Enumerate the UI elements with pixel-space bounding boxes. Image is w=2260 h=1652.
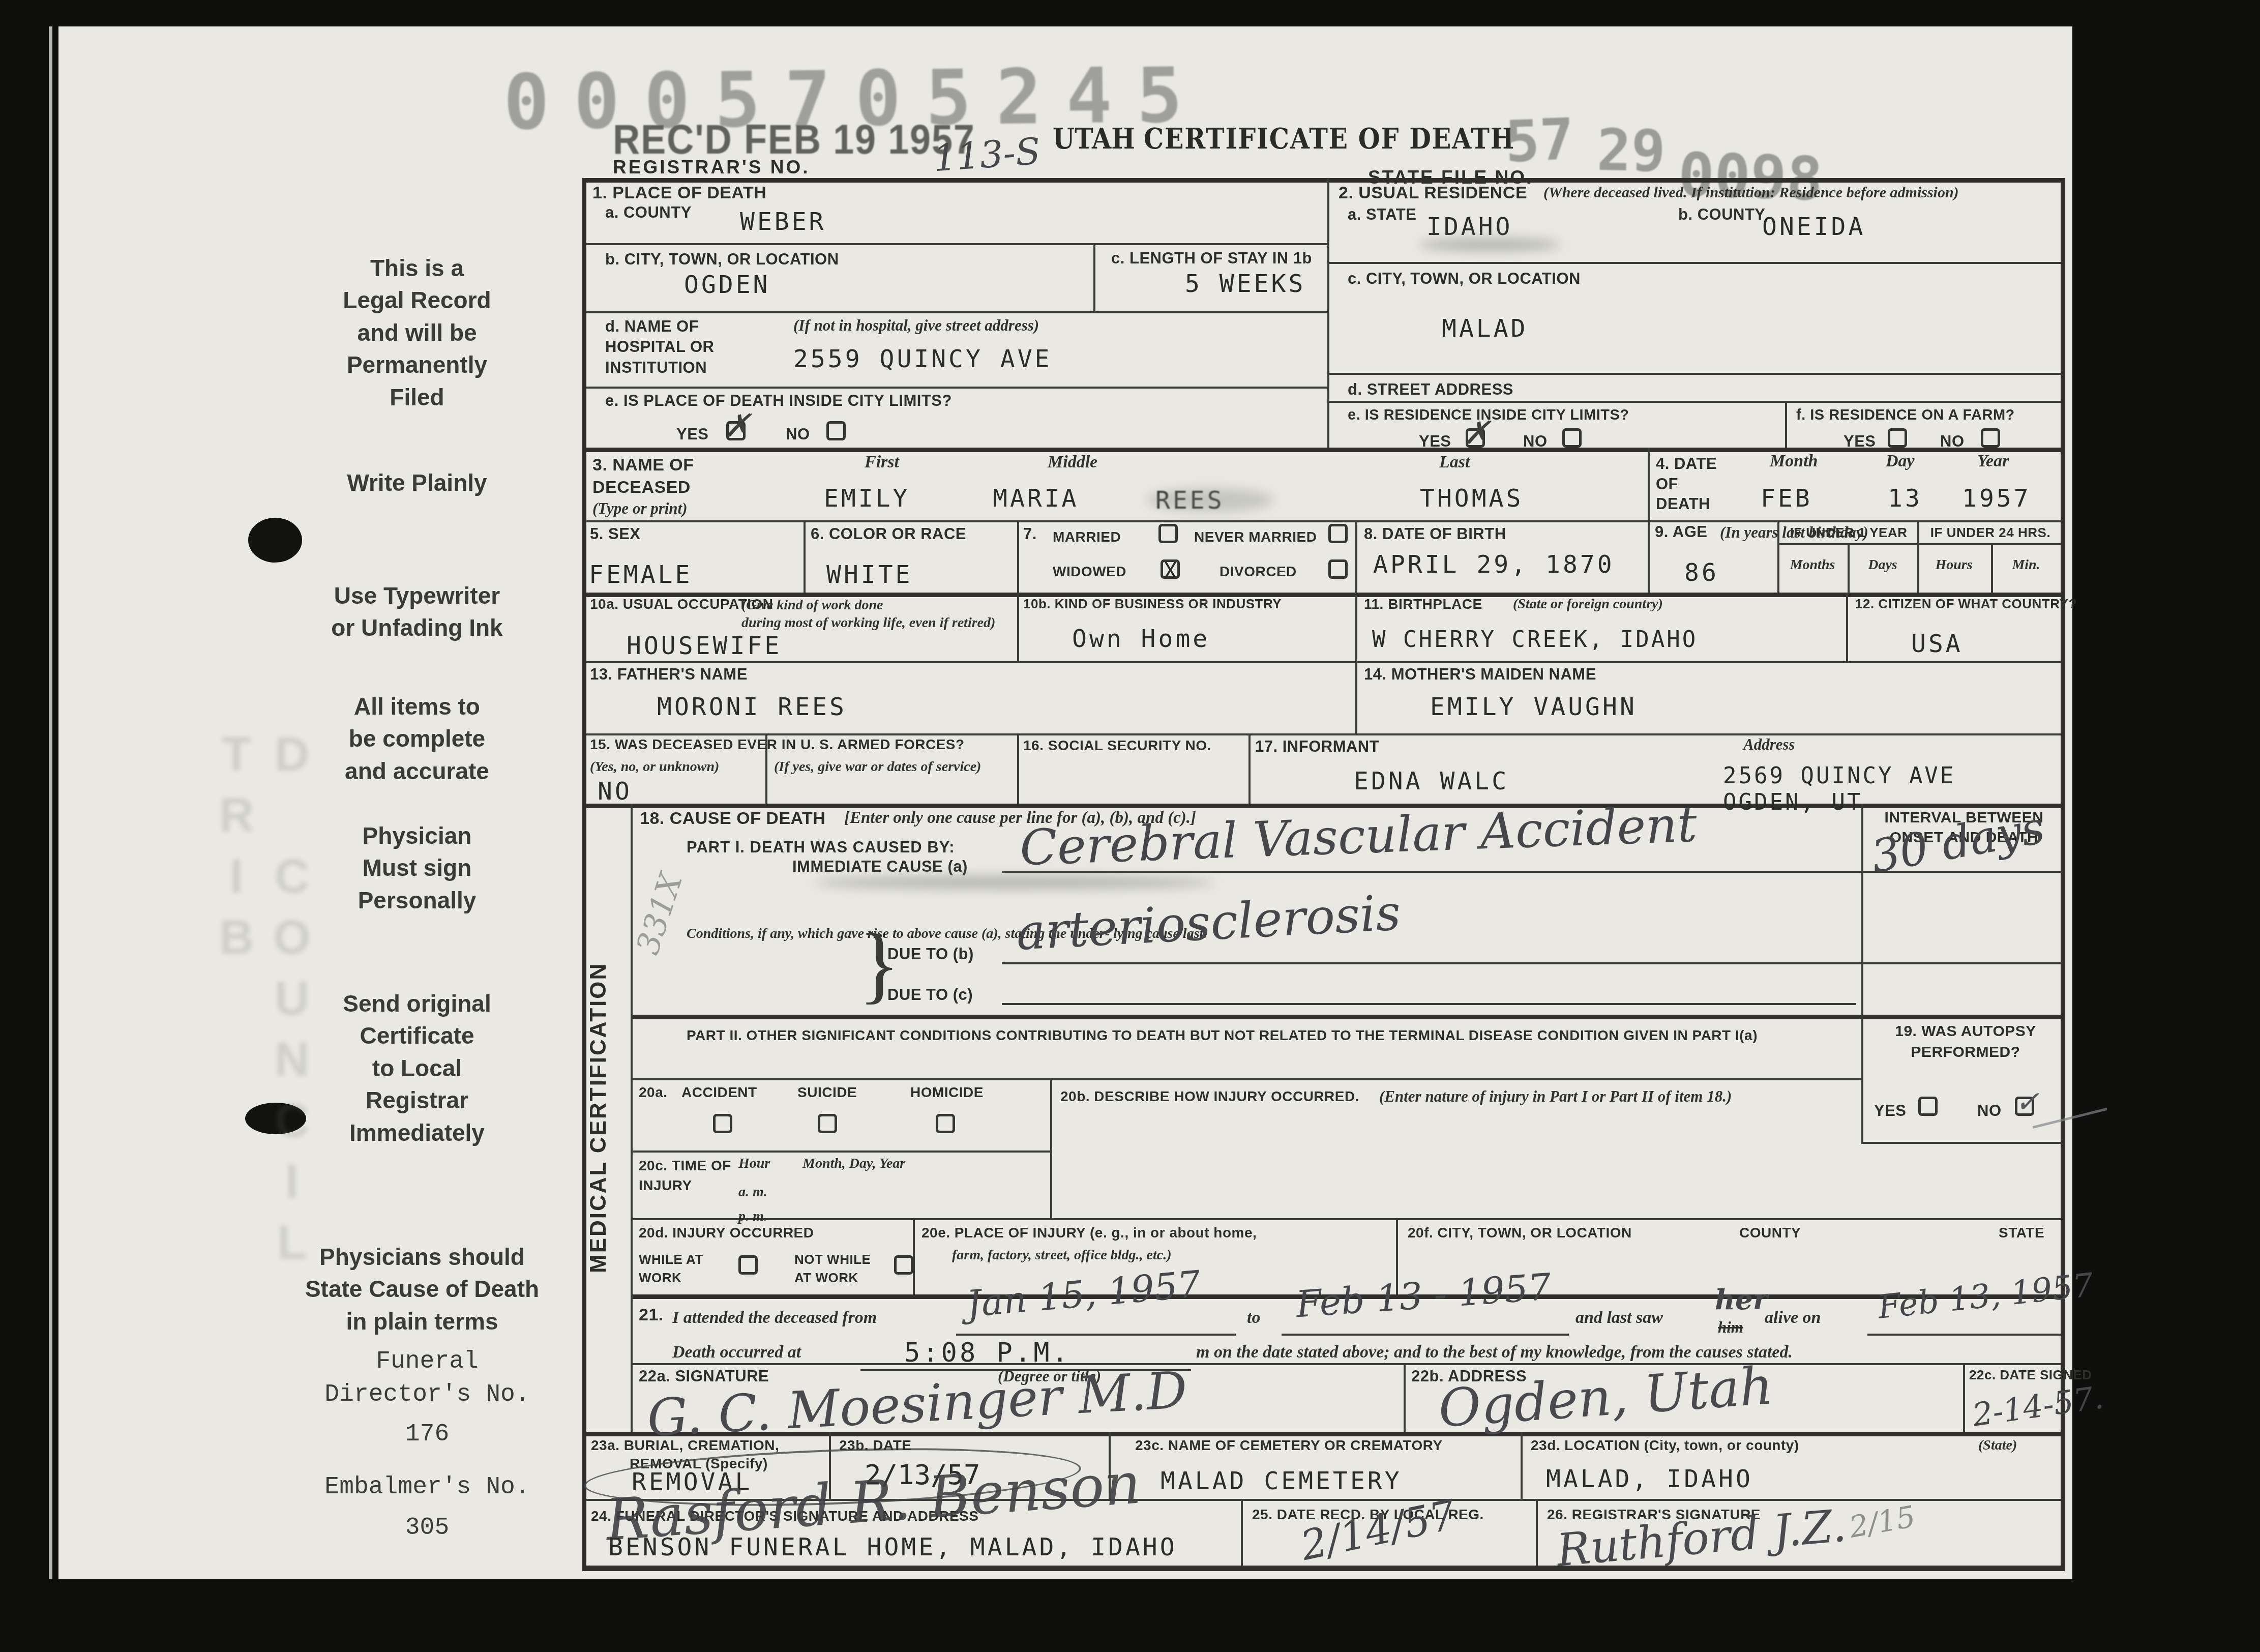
s4-month-header: Month xyxy=(1770,452,1818,471)
s23d-label: 23d. LOCATION (City, town, or county) xyxy=(1531,1437,1799,1454)
s17-address2: OGDEN, UT xyxy=(1723,789,1862,815)
s20f-label: 20f. CITY, TOWN, OR LOCATION xyxy=(1408,1225,1632,1241)
s9-hours-header: Hours xyxy=(1918,557,1989,573)
pencil-underline-smudge xyxy=(1419,238,1561,251)
s2f-label: f. IS RESIDENCE ON A FARM? xyxy=(1796,407,2015,424)
s22c-label: 22c. DATE SIGNED xyxy=(1969,1367,2092,1383)
grid-line xyxy=(582,661,2064,663)
margin-note-legal-record: This is a Legal Record and will be Perma… xyxy=(285,252,549,414)
s13-label: 13. FATHER'S NAME xyxy=(590,665,748,684)
s6-label: 6. COLOR OR RACE xyxy=(811,525,966,543)
embalmer-no-value: 305 xyxy=(285,1512,570,1545)
registrar-no-value: 113-S xyxy=(932,130,1042,180)
s1c-label: c. LENGTH OF STAY IN 1b xyxy=(1111,249,1312,268)
s18-due-b-label: DUE TO (b) xyxy=(887,945,974,963)
s17-address1: 2569 QUINCY AVE xyxy=(1723,763,1955,789)
grid-line xyxy=(1050,1078,1052,1218)
grid-line xyxy=(1521,1432,1523,1499)
s23a-label1: 23a. BURIAL, CREMATION, xyxy=(591,1437,779,1454)
s2c-label: c. CITY, TOWN, OR LOCATION xyxy=(1348,270,1581,288)
s18-label: 18. CAUSE OF DEATH xyxy=(640,809,825,829)
death-certificate-scan: D COUNCIL TRIB 0005705245 REC'D FEB 19 1… xyxy=(0,0,2260,1652)
state-file-stamp-57: 57 xyxy=(1504,107,1575,175)
s7-divorced-checkbox xyxy=(1328,559,1348,579)
funeral-director-no-value: 176 xyxy=(285,1418,570,1451)
s23d-state-header: (State) xyxy=(1978,1437,2017,1454)
grid-line xyxy=(582,448,2064,452)
s2e-no-checkbox xyxy=(1562,428,1582,448)
grid-line xyxy=(1963,1363,1965,1432)
s3-last-value: THOMAS xyxy=(1420,484,1523,513)
grid-line xyxy=(1241,1499,1243,1566)
form-title-state: UTAH xyxy=(1053,122,1144,156)
s5-label: 5. SEX xyxy=(590,525,641,543)
s2f-yes-checkbox xyxy=(1888,428,1907,448)
s21-him-struck: him xyxy=(1718,1318,1743,1337)
s2-title-paren: (Where deceased lived. If institution: R… xyxy=(1543,184,1959,201)
grid-line xyxy=(631,1150,1050,1153)
grid-line xyxy=(1404,1363,1406,1432)
s14-label: 14. MOTHER'S MAIDEN NAME xyxy=(1364,665,1596,684)
s4-year-header: Year xyxy=(1977,452,2009,471)
s9-under24-label: IF UNDER 24 HRS. xyxy=(1920,525,2061,541)
margin-note-use-typewriter: Use Typewriter or Unfading Ink xyxy=(285,580,549,644)
s18-part1-label: PART I. DEATH WAS CAUSED BY: xyxy=(687,838,955,857)
s10a-value: HOUSEWIFE xyxy=(627,632,782,660)
grid-line xyxy=(1327,373,2064,375)
form-title-rest: CERTIFICATE OF DEATH xyxy=(1144,122,1515,156)
grid-line xyxy=(804,520,806,593)
s9-months-header: Months xyxy=(1778,557,1847,573)
s7-married-label: MARRIED xyxy=(1053,529,1121,545)
s18-due-c-label: DUE TO (c) xyxy=(887,986,973,1004)
s7-divorced-label: DIVORCED xyxy=(1220,564,1297,580)
s1d-paren: (If not in hospital, give street address… xyxy=(793,316,1039,335)
s20b-label: 20b. DESCRIBE HOW INJURY OCCURRED. xyxy=(1060,1088,1359,1105)
s2e-yes-label: YES xyxy=(1419,432,1451,451)
s1e-yes-label: YES xyxy=(676,425,709,444)
s7-never-married-label: NEVER MARRIED xyxy=(1194,529,1317,545)
s20c-label: 20c. TIME OF INJURY xyxy=(639,1156,731,1195)
s9-value: 86 xyxy=(1684,558,1719,587)
s17-address-header: Address xyxy=(1743,735,1795,754)
s21-text3: and last saw xyxy=(1575,1308,1663,1327)
s21-text4: alive on xyxy=(1765,1308,1821,1327)
smudge-over-rees xyxy=(1147,488,1274,512)
grid-line xyxy=(1017,733,1019,804)
s6-value: WHITE xyxy=(826,560,913,589)
grid-line xyxy=(631,1218,2064,1220)
medical-certification-side-label: MEDICAL CERTIFICATION xyxy=(586,804,630,1432)
grid-line xyxy=(1327,401,2064,403)
s2a-label: a. STATE xyxy=(1348,205,1416,224)
punch-hole-top xyxy=(248,518,302,563)
grid-line xyxy=(631,1363,2064,1365)
s2f-yes-label: YES xyxy=(1843,432,1876,451)
s17-label: 17. INFORMANT xyxy=(1255,737,1379,756)
s7-number: 7. xyxy=(1023,525,1037,543)
s23c-label: 23c. NAME OF CEMETERY OR CREMATORY xyxy=(1135,1437,1443,1454)
grid-line xyxy=(582,387,1329,389)
grid-line xyxy=(1355,520,1357,733)
embalmer-no-label: Embalmer's No. xyxy=(285,1471,570,1504)
s2e-yes-mark: ✗ xyxy=(1464,414,1490,451)
s1-title: 1. PLACE OF DEATH xyxy=(592,183,766,203)
grid-line xyxy=(582,178,2064,183)
s20a-accident-checkbox xyxy=(713,1114,732,1133)
s1b-label: b. CITY, TOWN, OR LOCATION xyxy=(605,250,839,269)
s20f-county-header: COUNTY xyxy=(1739,1225,1801,1241)
s12-label: 12. CITIZEN OF WHAT COUNTRY? xyxy=(1855,596,2077,612)
s4-label: 4. DATE OF DEATH xyxy=(1656,454,1717,514)
s11-paren: (State or foreign country) xyxy=(1513,596,1663,612)
grid-line xyxy=(1861,1142,2064,1144)
s2f-no-label: NO xyxy=(1940,432,1965,451)
s16-label: 16. SOCIAL SECURITY NO. xyxy=(1023,737,1211,754)
s24-value: BENSON FUNERAL HOME, MALAD, IDAHO xyxy=(608,1533,1177,1561)
margin-note-plain-terms: Physicians should State Cause of Death i… xyxy=(270,1241,575,1338)
s21-underline-to xyxy=(1282,1334,1569,1336)
grid-line xyxy=(1536,1499,1538,1566)
s4-year-value: 1957 xyxy=(1962,484,2031,513)
grid-line xyxy=(631,1015,2064,1019)
s7-married-checkbox xyxy=(1158,524,1178,543)
s11-value: W CHERRY CREEK, IDAHO xyxy=(1372,627,1698,653)
s8-label: 8. DATE OF BIRTH xyxy=(1364,525,1506,543)
s11-label: 11. BIRTHPLACE xyxy=(1364,596,1482,612)
s2b-label: b. COUNTY xyxy=(1678,205,1766,224)
grid-line xyxy=(1648,448,1650,593)
s15-label: 15. WAS DECEASED EVER IN U. S. ARMED FOR… xyxy=(590,736,965,753)
state-file-stamp-0098: 0098 xyxy=(1677,139,1824,214)
s20c-am-label: a. m. xyxy=(738,1184,767,1200)
s15-paren1: (Yes, no, or unknown) xyxy=(590,759,719,775)
pencil-smudge-cause-a xyxy=(814,876,1215,889)
s17-value: EDNA WALC xyxy=(1354,767,1509,795)
grid-line xyxy=(1327,262,2064,264)
s10b-label: 10b. KIND OF BUSINESS OR INDUSTRY xyxy=(1023,596,1282,612)
s4-month-value: FEB xyxy=(1761,484,1812,513)
s20a-accident-label: ACCIDENT xyxy=(681,1084,757,1101)
s1e-no-checkbox xyxy=(826,421,846,440)
s7-widowed-mark: X xyxy=(1164,558,1179,584)
grid-line xyxy=(631,804,633,1432)
s1a-label: a. COUNTY xyxy=(605,203,692,222)
grid-line xyxy=(1777,543,2064,545)
grid-line xyxy=(582,1566,2064,1571)
s20c-hour-header: Hour xyxy=(738,1156,770,1172)
s10b-value: Own Home xyxy=(1072,625,1210,653)
s23c-value: MALAD CEMETERY xyxy=(1161,1467,1402,1495)
s7-widowed-label: WIDOWED xyxy=(1053,564,1126,580)
grid-line xyxy=(582,311,1329,313)
s7-never-married-checkbox xyxy=(1328,524,1348,543)
s20e-label: 20e. PLACE OF INJURY (e. g., in or about… xyxy=(921,1225,1257,1241)
s9-min-header: Min. xyxy=(1992,557,2060,573)
s1e-label: e. IS PLACE OF DEATH INSIDE CITY LIMITS? xyxy=(605,392,952,410)
s1c-value: 5 WEEKS xyxy=(1185,270,1305,298)
s20a-homicide-checkbox xyxy=(936,1114,955,1133)
s1e-yes-mark: ✗ xyxy=(724,407,751,444)
grid-line xyxy=(1327,178,1329,448)
grid-line xyxy=(1917,520,1919,593)
funeral-director-no-label: Funeral Director's No. xyxy=(285,1345,570,1411)
s1d-value: 2559 QUINCY AVE xyxy=(793,345,1052,373)
cause-c-underline xyxy=(1002,1003,1856,1005)
s19-yes-checkbox xyxy=(1918,1097,1938,1116)
s20c-pm-label: p. m. xyxy=(738,1208,767,1225)
s3-first-header: First xyxy=(865,453,899,472)
s21-her-handwriting: her xyxy=(1715,1283,1768,1316)
grid-line xyxy=(2061,178,2065,1571)
s23d-value: MALAD, IDAHO xyxy=(1546,1465,1753,1493)
s3-last-header: Last xyxy=(1439,453,1470,472)
registrar-no-label: REGISTRAR'S NO. xyxy=(613,157,810,178)
s3-middle-value: MARIA xyxy=(993,484,1079,513)
s9-under1yr-label: IF UNDER 1 YEAR xyxy=(1780,525,1917,541)
paper-edge-line xyxy=(49,26,52,1579)
s13-value: MORONI REES xyxy=(657,693,847,721)
s4-day-header: Day xyxy=(1886,452,1915,471)
s3-paren: (Type or print) xyxy=(592,499,688,518)
margin-note-all-items: All items to be complete and accurate xyxy=(285,691,549,787)
s2-title: 2. USUAL RESIDENCE xyxy=(1339,183,1527,203)
grid-line xyxy=(1861,804,1863,1142)
s21-text6: m on the date stated above; and to the b… xyxy=(1196,1343,1793,1362)
s3-middle-header: Middle xyxy=(1048,453,1097,472)
s15-paren2: (If yes, give war or dates of service) xyxy=(774,759,981,775)
margin-note-physician-sign: Physician Must sign Personally xyxy=(285,820,549,917)
s9-days-header: Days xyxy=(1849,557,1917,573)
s23b-label: 23b. DATE xyxy=(839,1437,911,1454)
grid-line xyxy=(913,1218,915,1294)
s20a-homicide-label: HOMICIDE xyxy=(910,1084,984,1101)
s20f-state-header: STATE xyxy=(1999,1225,2044,1241)
s5-value: FEMALE xyxy=(589,560,692,589)
state-file-stamp-29: 29 xyxy=(1596,117,1666,185)
s21-underline-from xyxy=(956,1334,1236,1336)
margin-note-write-plainly: Write Plainly xyxy=(285,467,549,499)
s21-text2: to xyxy=(1247,1308,1260,1327)
grid-line xyxy=(582,243,1329,245)
s8-value: APRIL 29, 1870 xyxy=(1373,550,1615,579)
s2f-no-checkbox xyxy=(1981,428,2000,448)
margin-note-send-original: Send original Certificate to Local Regis… xyxy=(285,988,549,1149)
s20c-mdy-header: Month, Day, Year xyxy=(802,1156,905,1172)
s20d-label: 20d. INJURY OCCURRED xyxy=(639,1225,814,1241)
s12-value: USA xyxy=(1911,630,1963,658)
s1b-value: OGDEN xyxy=(684,271,770,299)
s20b-paren: (Enter nature of injury in Part I or Par… xyxy=(1379,1087,1732,1106)
s20d-notwhile-label: NOT WHILE AT WORK xyxy=(794,1250,871,1287)
s1d-label: d. NAME OF HOSPITAL OR INSTITUTION xyxy=(605,316,714,378)
s19-label: 19. WAS AUTOPSY PERFORMED? xyxy=(1871,1021,2060,1063)
s18-part2-label: PART II. OTHER SIGNIFICANT CONDITIONS CO… xyxy=(687,1027,1846,1044)
s21-underline-lastseen xyxy=(1867,1334,2061,1336)
s18-immediate-label: IMMEDIATE CAUSE (a) xyxy=(792,858,968,876)
s3-first-value: EMILY xyxy=(824,484,910,513)
s20d-while-checkbox xyxy=(738,1255,758,1275)
s1a-value: WEBER xyxy=(740,208,826,236)
s14-value: EMILY VAUGHN xyxy=(1430,693,1637,721)
grid-line xyxy=(1785,401,1787,448)
s2c-value: MALAD xyxy=(1442,314,1528,343)
s20a-suicide-checkbox xyxy=(818,1114,837,1133)
s20a-suicide-label: SUICIDE xyxy=(797,1084,857,1101)
s2a-value: IDAHO xyxy=(1426,213,1513,241)
s20d-while-label: WHILE AT WORK xyxy=(639,1250,703,1287)
s19-no-label: NO xyxy=(1977,1102,2002,1120)
s19-yes-label: YES xyxy=(1874,1102,1907,1120)
s2e-no-label: NO xyxy=(1523,432,1548,451)
grid-line xyxy=(582,733,2064,735)
s20e-label2: farm, factory, street, office bldg., etc… xyxy=(952,1247,1172,1263)
s19-no-mark: ✓ xyxy=(2015,1084,2040,1119)
s4-day-value: 13 xyxy=(1888,484,1922,513)
grid-line xyxy=(1093,243,1095,311)
s21-text1: I attended the deceased from xyxy=(672,1308,877,1327)
s3-label: 3. NAME OF DECEASED xyxy=(592,454,694,498)
grid-line xyxy=(1017,520,1019,661)
grid-line xyxy=(1846,593,1848,661)
s1e-no-label: NO xyxy=(786,425,810,444)
s21-text5: Death occurred at xyxy=(672,1343,801,1362)
s10a-paren: (Give kind of work done during most of w… xyxy=(614,596,995,632)
s21-time-value: 5:08 P.M. xyxy=(904,1338,1070,1368)
s2b-value: ONEIDA xyxy=(1762,213,1865,241)
s15-value: NO xyxy=(598,777,632,806)
cause-b-underline xyxy=(1002,962,2062,964)
s21-number: 21. xyxy=(639,1305,664,1325)
s20d-notwhile-checkbox xyxy=(894,1255,913,1275)
s20a-number: 20a. xyxy=(639,1084,668,1101)
grid-line xyxy=(631,1078,1861,1080)
grid-line xyxy=(1248,733,1251,804)
s2d-label: d. STREET ADDRESS xyxy=(1348,380,1513,399)
form-title: UTAH CERTIFICATE OF DEATH xyxy=(1053,122,1515,156)
